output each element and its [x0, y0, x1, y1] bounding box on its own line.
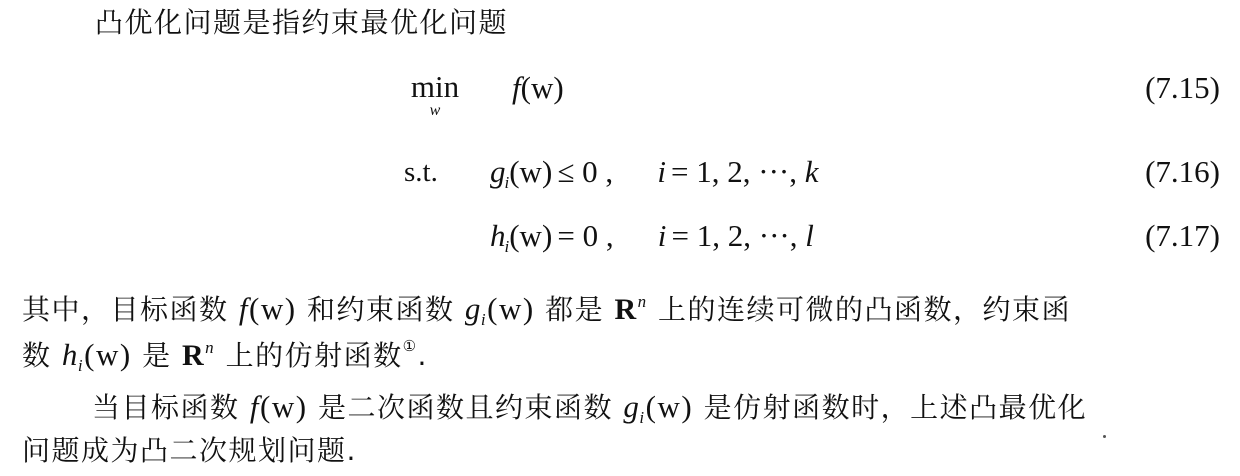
- inequality-constraint: gi(w) ≤ 0 , i = 1, 2, ···, k: [490, 154, 819, 201]
- min-subscript: w: [405, 103, 465, 119]
- objective-function: f(w): [512, 70, 564, 111]
- h-symbol: h: [490, 218, 506, 253]
- relation: = 0 ,: [557, 218, 613, 253]
- equation-number: (7.17): [1145, 218, 1220, 259]
- paragraph2-line2: 问题成为凸二次规划问题.: [22, 434, 357, 468]
- g-symbol: g: [490, 154, 506, 189]
- paragraph2-line1: 当目标函数 f(w) 是二次函数且约束函数 gi(w) 是仿射函数时，上述凸最优…: [92, 390, 1087, 435]
- subject-to-label: s.t.: [404, 154, 438, 194]
- f-symbol: f: [512, 70, 521, 105]
- equality-constraint: hi(w) = 0 , i = 1, 2, ···, l: [490, 218, 814, 265]
- f-argument: (w): [521, 70, 564, 105]
- footnote-marker[interactable]: ①: [403, 339, 418, 355]
- intro-text: 凸优化问题是指约束最优化问题: [95, 6, 508, 40]
- relation: ≤ 0 ,: [557, 154, 613, 189]
- scan-artifact-dot: [1103, 435, 1106, 438]
- equation-number: (7.15): [1145, 70, 1220, 111]
- min-operator: min: [405, 70, 465, 104]
- paragraph1-line2: 数 hi(w) 是 Rn 上的仿射函数①.: [22, 330, 428, 383]
- equation-number: (7.16): [1145, 154, 1220, 195]
